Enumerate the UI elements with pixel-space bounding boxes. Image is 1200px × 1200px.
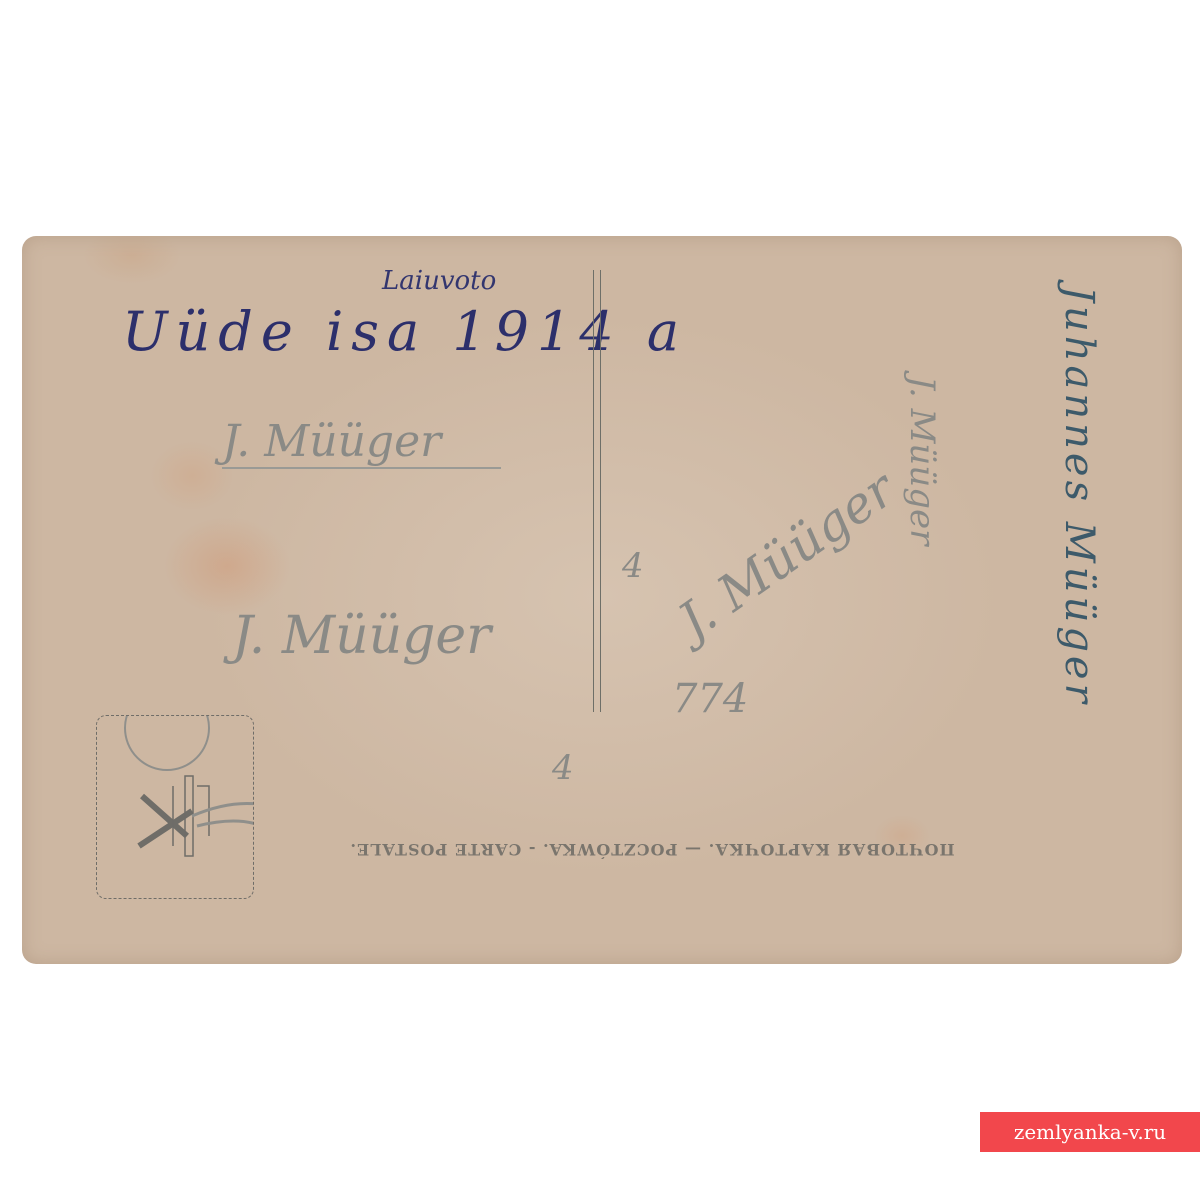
handwritten-place-note: Laiuvoto xyxy=(382,266,496,296)
printed-header-mirrored: ПОЧТОВАЯ КАРТОЧКА. — POCZTÓWKA. - CARTE … xyxy=(312,840,992,859)
pencil-signature-top: J. Müüger xyxy=(222,416,501,469)
pencil-signature-right: J. Müüger xyxy=(668,460,905,650)
stamp-placeholder-box xyxy=(96,715,254,899)
stamp-monogram-icon xyxy=(97,716,253,898)
center-divider-left xyxy=(593,270,594,712)
handwritten-main-line: Uüde isa 1914 a xyxy=(122,300,687,363)
pencil-number-4-bottom: 4 xyxy=(552,748,574,788)
pencil-vertical-name: J. Müüger xyxy=(902,376,942,545)
pencil-number-774: 774 xyxy=(672,676,748,722)
pencil-number-4-top: 4 xyxy=(622,546,644,586)
handwritten-vertical-name: Juhannes Müüger xyxy=(1062,286,1102,926)
site-watermark: zemlyanka-v.ru xyxy=(980,1112,1200,1152)
pencil-signature-middle: J. Müüger xyxy=(232,606,491,666)
center-divider-right xyxy=(600,270,601,712)
postcard-back: Laiuvoto Uüde isa 1914 a J. Müüger J. Mü… xyxy=(22,236,1182,964)
